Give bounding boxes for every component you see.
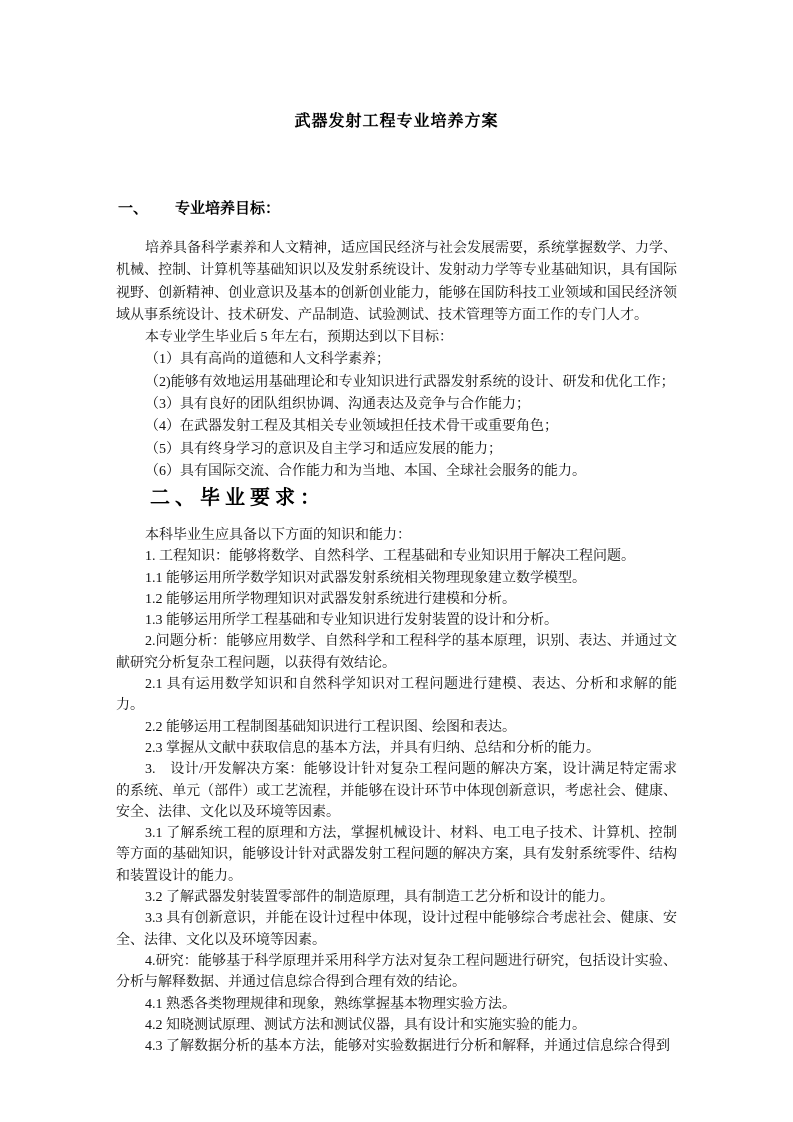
requirement-2: 2.问题分析：能够应用数学、自然科学和工程科学的基本原理，识别、表达、并通过文献… [116,631,677,674]
goal-item-4: （4）在武器发射工程及其相关专业领域担任技术骨干或重要角色； [116,416,677,438]
requirement-1-1: 1.1 能够运用所学数学知识对武器发射系统相关物理现象建立数学模型。 [116,568,677,589]
requirement-3: 3. 设计/开发解决方案：能够设计针对复杂工程问题的解决方案，设计满足特定需求的… [116,759,677,823]
goal-item-3: （3）具有良好的团队组织协调、沟通表达及竞争与合作能力； [116,394,677,416]
goal-item-1: （1）具有高尚的道德和人文科学素养； [116,349,677,371]
section-2-heading: 二、毕业要求： [150,481,325,510]
section-1-body: 培养具备科学素养和人文精神，适应国民经济与社会发展需要，系统掌握数学、力学、机械… [116,238,677,483]
requirement-3-3: 3.3 具有创新意识，并能在设计过程中体现，设计过程中能够综合考虑社会、健康、安… [116,908,677,951]
requirement-1-3: 1.3 能够运用所学工程基础和专业知识进行发射装置的设计和分析。 [116,610,677,631]
requirement-2-3: 2.3 掌握从文献中获取信息的基本方法，并具有归纳、总结和分析的能力。 [116,738,677,759]
requirement-1: 1. 工程知识：能够将数学、自然科学、工程基础和专业知识用于解决工程问题。 [116,546,677,567]
paragraph-training-goal: 培养具备科学素养和人文精神，适应国民经济与社会发展需要，系统掌握数学、力学、机械… [116,238,677,327]
requirement-3-2: 3.2 了解武器发射装置零部件的制造原理，具有制造工艺分析和设计的能力。 [116,887,677,908]
section-1-title: 专业培养目标： [175,200,280,217]
goal-item-5: （5）具有终身学习的意识及自主学习和适应发展的能力； [116,439,677,461]
requirement-2-2: 2.2 能够运用工程制图基础知识进行工程识图、绘图和表达。 [116,717,677,738]
requirement-4-2: 4.2 知晓测试原理、测试方法和测试仪器，具有设计和实施实验的能力。 [116,1015,677,1036]
requirement-4: 4.研究：能够基于科学原理并采用科学方法对复杂工程问题进行研究，包括设计实验、分… [116,951,677,994]
section-2-body: 本科毕业生应具备以下方面的知识和能力： 1. 工程知识：能够将数学、自然科学、工… [116,525,677,1057]
requirement-1-2: 1.2 能够运用所学物理知识对武器发射系统进行建模和分析。 [116,589,677,610]
document-page: 武器发射工程专业培养方案 一、专业培养目标： 培养具备科学素养和人文精神，适应国… [0,0,793,1122]
requirement-2-1: 2.1 具有运用数学知识和自然科学知识对工程问题进行建模、表达、分析和求解的能力… [116,674,677,717]
section-1-heading: 一、专业培养目标： [118,197,280,218]
section-1-number: 一、 [118,197,175,218]
requirement-4-3: 4.3 了解数据分析的基本方法，能够对实验数据进行分析和解释，并通过信息综合得到 [116,1036,677,1057]
requirement-3-1: 3.1 了解系统工程的原理和方法，掌握机械设计、材料、电工电子技术、计算机、控制… [116,823,677,887]
requirements-intro: 本科毕业生应具备以下方面的知识和能力： [116,525,677,546]
document-title: 武器发射工程专业培养方案 [116,108,677,131]
paragraph-goal-intro: 本专业学生毕业后 5 年左右，预期达到以下目标： [116,327,677,349]
requirement-4-1: 4.1 熟悉各类物理规律和现象，熟练掌握基本物理实验方法。 [116,994,677,1015]
goal-item-2: （2)能够有效地运用基础理论和专业知识进行武器发射系统的设计、研发和优化工作； [116,372,677,394]
goal-item-6: （6）具有国际交流、合作能力和为当地、本国、全球社会服务的能力。 [116,461,677,483]
